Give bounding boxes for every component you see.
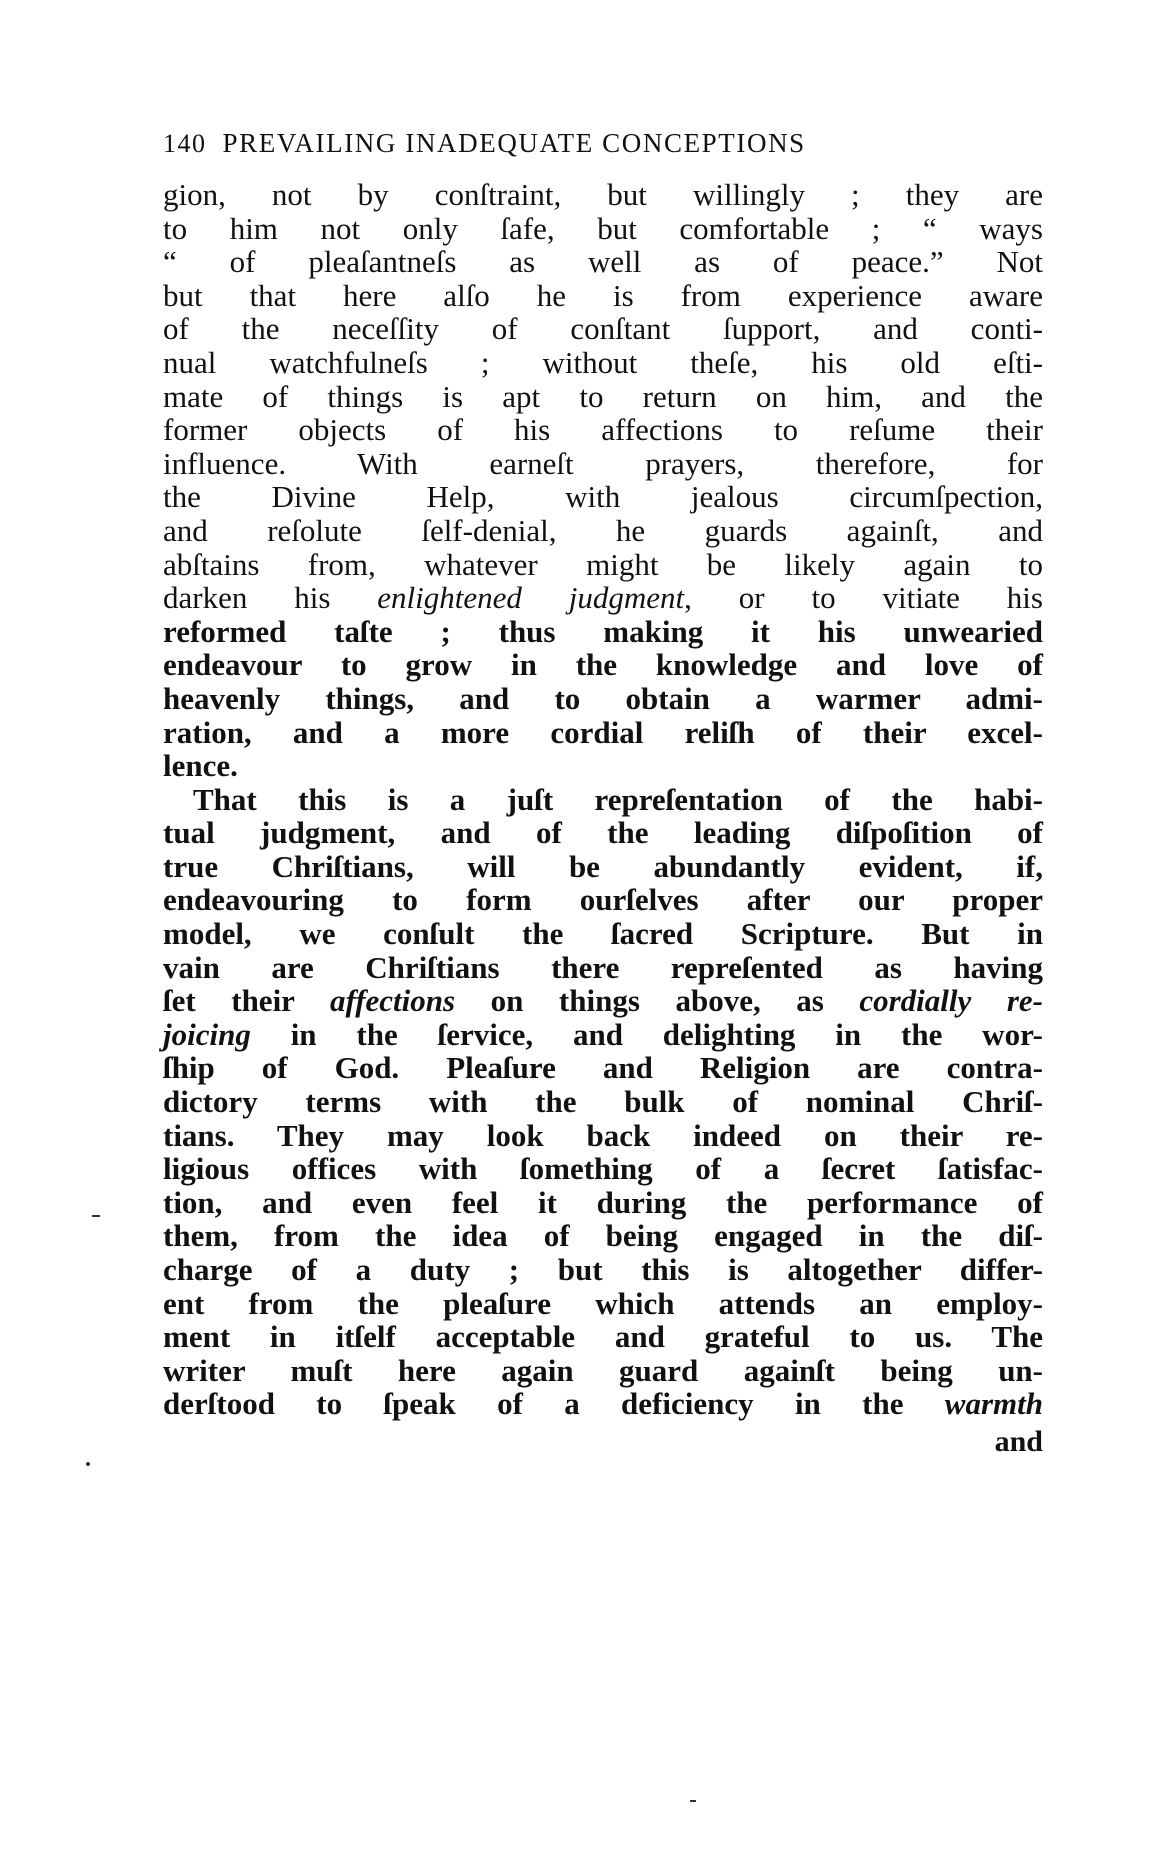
- text-line: writer muſt here again guard againſt bei…: [163, 1354, 1043, 1388]
- italic-text: cordially re-: [859, 983, 1043, 1018]
- text-line: dictory terms with the bulk of nominal C…: [163, 1085, 1043, 1119]
- text-line: model, we conſult the ſacred Scripture. …: [163, 917, 1043, 951]
- text-segment: but that here alſo he is from experience…: [163, 278, 1043, 313]
- text-segment: true Chriſtians, will be abundantly evid…: [163, 849, 1043, 884]
- text-segment: vain are Chriſtians there repreſented as…: [163, 950, 1043, 985]
- running-title: PREVAILING INADEQUATE CONCEPTIONS: [223, 128, 806, 159]
- page-number: 140: [163, 129, 207, 159]
- text-segment: darken his: [163, 580, 377, 615]
- text-line: “ of pleaſantneſs as well as of peace.” …: [163, 245, 1043, 279]
- text-line: endeavouring to form ourſelves after our…: [163, 883, 1043, 917]
- text-segment: lence.: [163, 748, 238, 783]
- catchword: and: [995, 1425, 1043, 1459]
- text-line: and reſolute ſelf-denial, he guards agai…: [163, 514, 1043, 548]
- text-segment: gion, not by conſtraint, but willingly ;…: [163, 177, 1043, 212]
- text-line: tion, and even feel it during the perfor…: [163, 1186, 1043, 1220]
- text-line: joicing in the ſervice, and delighting i…: [163, 1018, 1043, 1052]
- text-segment: derſtood to ſpeak of a deficiency in the: [163, 1386, 945, 1421]
- text-line: but that here alſo he is from experience…: [163, 279, 1043, 313]
- text-segment: nual watchfulneſs ; without theſe, his o…: [163, 345, 1043, 380]
- text-line: ment in itſelf acceptable and grateful t…: [163, 1320, 1043, 1354]
- running-head: 140 PREVAILING INADEQUATE CONCEPTIONS: [163, 128, 1043, 176]
- text-line: lence.: [163, 749, 1043, 783]
- text-segment: ſhip of God. Pleaſure and Religion are c…: [163, 1050, 1043, 1085]
- text-line: former objects of his affections to reſu…: [163, 413, 1043, 447]
- italic-text: enlightened judgment: [377, 580, 684, 615]
- text-line: charge of a duty ; but this is altogethe…: [163, 1253, 1043, 1287]
- text-segment: and reſolute ſelf-denial, he guards agai…: [163, 513, 1043, 548]
- text-segment: endeavour to grow in the knowledge and l…: [163, 647, 1043, 682]
- text-segment: model, we conſult the ſacred Scripture. …: [163, 916, 1043, 951]
- text-segment: writer muſt here again guard againſt bei…: [163, 1353, 1043, 1388]
- text-line: the Divine Help, with jealous circumſpec…: [163, 480, 1043, 514]
- text-line: heavenly things, and to obtain a warmer …: [163, 682, 1043, 716]
- text-line: ration, and a more cordial reliſh of the…: [163, 716, 1043, 750]
- text-line: derſtood to ſpeak of a deficiency in the…: [163, 1387, 1043, 1421]
- text-segment: reformed taſte ; thus making it his unwe…: [163, 614, 1043, 649]
- text-line: endeavour to grow in the knowledge and l…: [163, 648, 1043, 682]
- text-line: ent from the pleaſure which attends an e…: [163, 1287, 1043, 1321]
- text-segment: them, from the idea of being engaged in …: [163, 1218, 1043, 1253]
- text-segment: dictory terms with the bulk of nominal C…: [163, 1084, 1043, 1119]
- text-segment: heavenly things, and to obtain a warmer …: [163, 681, 1043, 716]
- text-segment: ligious offices with ſomething of a ſecr…: [163, 1151, 1043, 1186]
- text-line: vain are Chriſtians there repreſented as…: [163, 951, 1043, 985]
- text-segment: ration, and a more cordial reliſh of the…: [163, 715, 1043, 750]
- text-segment: That this is a juſt repreſentation of th…: [193, 782, 1043, 817]
- text-line: influence. With earneſt prayers, therefo…: [163, 447, 1043, 481]
- text-line: abſtains from, whatever might be likely …: [163, 548, 1043, 582]
- text-segment: tians. They may look back indeed on thei…: [163, 1118, 1043, 1153]
- text-segment: abſtains from, whatever might be likely …: [163, 547, 1043, 582]
- text-segment: ment in itſelf acceptable and grateful t…: [163, 1319, 1043, 1354]
- text-segment: ſet their: [163, 983, 330, 1018]
- text-line: reformed taſte ; thus making it his unwe…: [163, 615, 1043, 649]
- text-segment: former objects of his affections to reſu…: [163, 412, 1043, 447]
- italic-text: affections: [330, 983, 455, 1018]
- text-line: of the neceſſity of conſtant ſupport, an…: [163, 312, 1043, 346]
- text-line: tians. They may look back indeed on thei…: [163, 1119, 1043, 1153]
- text-line: That this is a juſt repreſentation of th…: [163, 783, 1043, 817]
- italic-text: warmth: [945, 1386, 1043, 1421]
- text-segment: ent from the pleaſure which attends an e…: [163, 1286, 1043, 1321]
- body-text: gion, not by conſtraint, but willingly ;…: [163, 178, 1043, 1421]
- margin-mark: [92, 1215, 100, 1217]
- text-line: mate of things is apt to return on him, …: [163, 380, 1043, 414]
- text-line: ſhip of God. Pleaſure and Religion are c…: [163, 1051, 1043, 1085]
- text-line: them, from the idea of being engaged in …: [163, 1219, 1043, 1253]
- book-page: 140 PREVAILING INADEQUATE CONCEPTIONS gi…: [163, 128, 1043, 1421]
- text-segment: tion, and even feel it during the perfor…: [163, 1185, 1043, 1220]
- text-line: darken his enlightened judgment, or to v…: [163, 581, 1043, 615]
- text-segment: in the ſervice, and delighting in the wo…: [251, 1017, 1043, 1052]
- text-segment: endeavouring to form ourſelves after our…: [163, 882, 1043, 917]
- text-segment: the Divine Help, with jealous circumſpec…: [163, 479, 1043, 514]
- margin-mark: [690, 1800, 696, 1802]
- text-line: tual judgment, and of the leading diſpoſ…: [163, 816, 1043, 850]
- text-segment: mate of things is apt to return on him, …: [163, 379, 1043, 414]
- text-line: ſet their affections on things above, as…: [163, 984, 1043, 1018]
- text-segment: charge of a duty ; but this is altogethe…: [163, 1252, 1043, 1287]
- margin-mark: [86, 1462, 90, 1466]
- text-line: true Chriſtians, will be abundantly evid…: [163, 850, 1043, 884]
- text-line: ligious offices with ſomething of a ſecr…: [163, 1152, 1043, 1186]
- text-segment: of the neceſſity of conſtant ſupport, an…: [163, 311, 1043, 346]
- text-segment: to him not only ſafe, but comfortable ; …: [163, 211, 1043, 246]
- text-segment: on things above, as: [455, 983, 859, 1018]
- text-line: gion, not by conſtraint, but willingly ;…: [163, 178, 1043, 212]
- text-line: to him not only ſafe, but comfortable ; …: [163, 212, 1043, 246]
- text-line: nual watchfulneſs ; without theſe, his o…: [163, 346, 1043, 380]
- text-segment: “ of pleaſantneſs as well as of peace.” …: [163, 244, 1043, 279]
- text-segment: tual judgment, and of the leading diſpoſ…: [163, 815, 1043, 850]
- italic-text: joicing: [163, 1017, 251, 1052]
- text-segment: , or to vitiate his: [684, 580, 1043, 615]
- text-segment: influence. With earneſt prayers, therefo…: [163, 446, 1043, 481]
